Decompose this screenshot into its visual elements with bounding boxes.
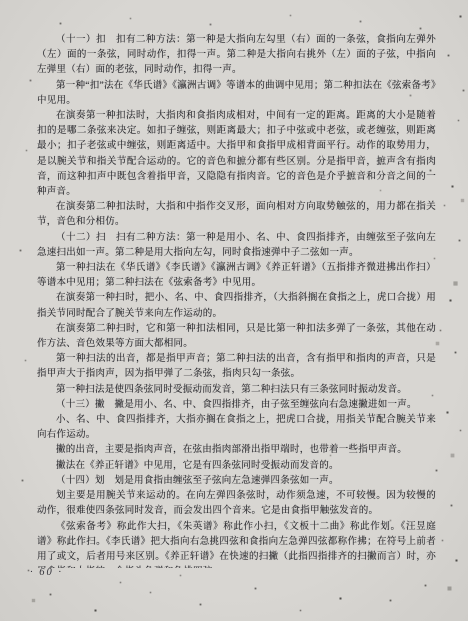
body-text: （十一）扣 扣有二种方法：第一种是大指向左勾里（右）面的一条弦，食指向左弹外（左…	[37, 33, 436, 568]
paragraph: 第一种扫法的出音，都是指甲声音；第二种扫法的出音，含有指甲和指肉的声音，只是指甲…	[37, 352, 436, 382]
paragraph: 在演奏第一种扫时，把小、名、中、食四指排齐，（大指斜搁在食指之上，虎口合拢）用指…	[37, 291, 436, 321]
paragraph: （十二）扫 扫有二种方法：第一种是用小、名、中、食四指排齐，由缠弦至子弦向左急速…	[37, 231, 436, 261]
paragraph: （十四）划 划是用食指由缠弦至子弦向左急速弹四条弦如一声。	[37, 474, 436, 489]
paragraph: （十三）撇 撇是用小、名、中、食四指排齐，由子弦至缠弦向右急速撇进如一声。	[37, 398, 436, 413]
paragraph: 第一种“扣”法在《华氏谱》《瀛洲古调》等谱本的曲调中见用；第二种扣法在《弦索备考…	[37, 79, 436, 109]
paragraph: 小、名、中、食四指排齐，大指亦搁在食指之上，把虎口合拢，用指关节配合腕关节来向右…	[37, 413, 436, 443]
scan-noise-speckles	[0, 0, 1, 1]
page-number: · 60 ·	[30, 567, 63, 578]
paragraph: 在演奏第一种扣法时，大指肉和食指肉成相对，中间有一定的距离。距离的大小是随着扣的…	[37, 109, 436, 200]
paragraph: 在演奏第二种扣法时，大指和中指作交叉形，面向相对方向取势触弦的，用力都在指关节，…	[37, 200, 436, 230]
paragraph: 在演奏第二种扫时，它和第一种扣法相同，只是比第一种扣法多弹了一条弦，其他在动作方…	[37, 322, 436, 352]
paragraph: 第一种扫法在《华氏谱》《李氏谱》《瀛洲古调》《养正轩谱》（五指排齐微进拂出作扫）…	[37, 261, 436, 291]
paragraph: 《弦索备考》称此作大扫，《朱英谱》称此作小扫，《文板十二曲》称此作划。《汪昱庭谱…	[37, 520, 436, 569]
paragraph: 第一种扫法是使四条弦同时受振动而发音，第二种扫法只有三条弦同时振动发音。	[37, 383, 436, 398]
paragraph: 撇的出音，主要是指肉声音，在弦由指肉部滑出指甲端时，也带着一些指甲声音。	[37, 443, 436, 458]
scan-noise-speckles	[0, 0, 1, 1]
paragraph: 划主要是用腕关节来运动的。在向左弹四条弦时，动作须急速，不可较慢。因为较慢的动作…	[37, 489, 436, 519]
paragraph: 撇法在《养正轩谱》中见用，它是有四条弦同时受振动而发音的。	[37, 459, 436, 474]
scanned-page: （十一）扣 扣有二种方法：第一种是大指向左勾里（右）面的一条弦，食指向左弹外（左…	[0, 0, 468, 621]
scan-smudge-marks	[0, 0, 1, 1]
paragraph: （十一）扣 扣有二种方法：第一种是大指向左勾里（右）面的一条弦，食指向左弹外（左…	[37, 33, 436, 79]
